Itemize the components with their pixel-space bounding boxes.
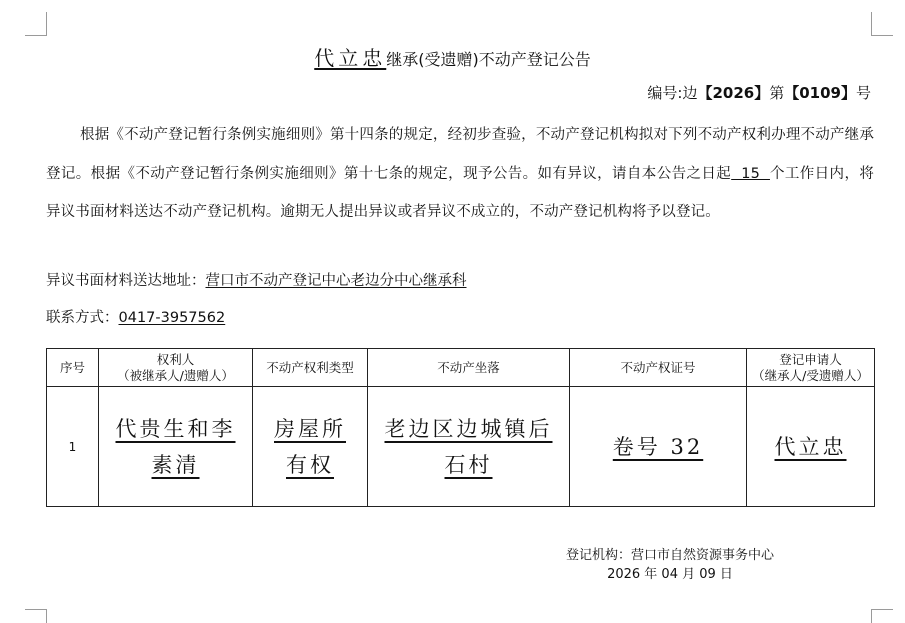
header-right-type: 不动产权利类型 — [253, 349, 368, 387]
table-header-row: 序号 权利人（被继承人/遗赠人） 不动产权利类型 不动产坐落 不动产权证号 登记… — [47, 349, 875, 387]
row-certificate-no: 卷号 32 — [570, 387, 747, 507]
row-right-type: 房屋所有权 — [253, 387, 368, 507]
title-applicant-name: 代立忠 — [314, 46, 386, 70]
objection-days-value: 15 — [731, 166, 770, 182]
notice-table: 序号 权利人（被继承人/遗赠人） 不动产权利类型 不动产坐落 不动产权证号 登记… — [46, 348, 875, 507]
notice-date: 2026 年 04 月 09 日 — [540, 565, 800, 584]
docno-mid: 第 — [769, 84, 784, 102]
page-corner-mark-bottom-left — [25, 609, 47, 623]
document-number: 编号:边【2026】第【0109】号 — [647, 82, 871, 103]
page-corner-mark-top-left — [25, 12, 47, 36]
header-location: 不动产坐落 — [368, 349, 570, 387]
title-suffix: 继承(受遗赠)不动产登记公告 — [386, 50, 591, 69]
objection-address-label: 异议书面材料送达地址： — [46, 273, 206, 289]
row-right-holder: 代贵生和李素清 — [99, 387, 253, 507]
registration-agency: 登记机构：营口市自然资源事务中心 — [540, 546, 800, 565]
docno-serial: 【0109】 — [784, 84, 856, 102]
row-location: 老边区边城镇后石村 — [368, 387, 570, 507]
header-certificate-no: 不动产权证号 — [570, 349, 747, 387]
notice-body-paragraph: 根据《不动产登记暂行条例实施细则》第十四条的规定，经初步查验，不动产登记机构拟对… — [46, 116, 874, 232]
docno-year: 【2026】 — [697, 84, 769, 102]
objection-address-line: 异议书面材料送达地址：营口市不动产登记中心老边分中心继承科 — [46, 269, 467, 290]
row-applicant: 代立忠 — [747, 387, 875, 507]
page-corner-mark-top-right — [871, 12, 893, 36]
header-index: 序号 — [47, 349, 99, 387]
contact-phone-value: 0417-3957562 — [119, 310, 226, 326]
header-applicant: 登记申请人（继承人/受遗赠人） — [747, 349, 875, 387]
objection-address-value: 营口市不动产登记中心老边分中心继承科 — [206, 273, 467, 289]
header-right-holder: 权利人（被继承人/遗赠人） — [99, 349, 253, 387]
docno-suffix: 号 — [856, 84, 871, 102]
page-corner-mark-bottom-right — [871, 609, 893, 623]
footer-signature: 登记机构：营口市自然资源事务中心 2026 年 04 月 09 日 — [540, 546, 800, 584]
document-title: 代立忠继承(受遗赠)不动产登记公告 — [0, 42, 905, 71]
table-row: 1 代贵生和李素清 房屋所有权 老边区边城镇后石村 卷号 32 代立忠 — [47, 387, 875, 507]
row-index: 1 — [47, 387, 99, 507]
docno-prefix: 编号:边 — [647, 84, 697, 102]
contact-label: 联系方式： — [46, 310, 119, 326]
contact-line: 联系方式：0417-3957562 — [46, 306, 225, 327]
